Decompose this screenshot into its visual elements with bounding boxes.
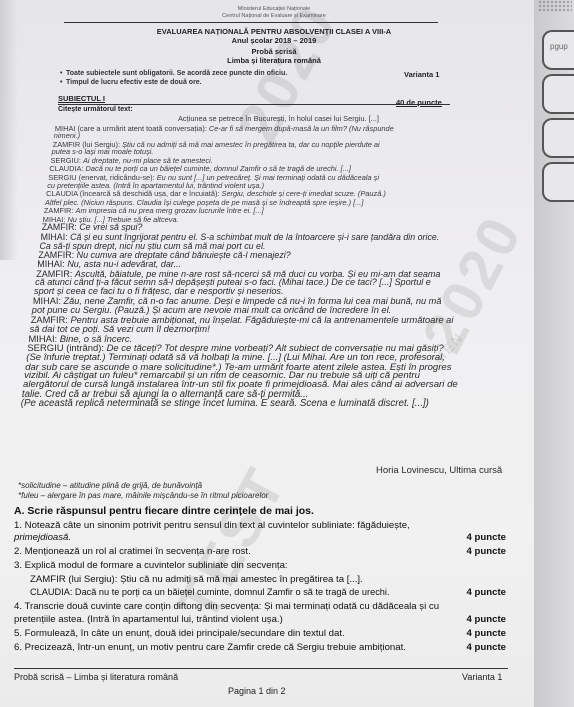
line-text: Nu, asta nu-i adevărat, dar... xyxy=(67,259,181,269)
footer-variant: Varianta 1 xyxy=(462,672,502,682)
divider xyxy=(58,104,450,105)
points: 4 puncte xyxy=(467,642,506,653)
line-text: Am impresia că nu prea merg grozav lucru… xyxy=(76,206,264,215)
section-title: SUBIECTUL I xyxy=(58,94,105,103)
footnote: *fuleu – alergare în pas mare, mâinile m… xyxy=(18,491,268,500)
speaker-name: ZAMFIR: xyxy=(42,222,80,232)
footer-subject: Probă scrisă – Limba și literatura român… xyxy=(14,672,178,682)
text-line: ZAMFIR: Ce vrei să spui? xyxy=(42,223,143,232)
line-text: putea s-o lași mai moale totuși. xyxy=(52,147,154,156)
text-line: (Se înfurie treptat.) Terminați odată să… xyxy=(26,353,445,362)
keyboard-key xyxy=(542,74,574,114)
variant-label: Varianta 1 xyxy=(404,70,439,79)
line-text: Acțiunea se petrece în București, în hol… xyxy=(178,114,379,123)
question-6: 6. Precizează, într-un enunț, un motiv p… xyxy=(14,642,406,653)
points: 4 puncte xyxy=(467,614,506,625)
speaker-grill xyxy=(538,0,572,12)
text-line: alergătorul de cursă lungă instalarea în… xyxy=(23,380,458,389)
text-line: nimeni.) xyxy=(54,131,80,140)
page-number: Pagina 1 din 2 xyxy=(228,686,286,696)
question-1: 1. Notează câte un sinonim potrivit pent… xyxy=(14,520,410,531)
footnote: *solicitudine – atitudine plină de grijă… xyxy=(18,481,202,490)
line-text: nimeni.) xyxy=(54,131,80,140)
center-name: Centrul Național de Evaluare și Examinar… xyxy=(0,13,548,19)
text-line: ZAMFIR: Am impresia că nu prea merg groz… xyxy=(44,206,264,215)
line-text: Dacă nu te porți ca un băiețel cuminte, … xyxy=(86,164,351,173)
line-text: Sergiu, deschide și cere-ți imediat scuz… xyxy=(222,189,386,198)
text-line: MIHAI: Bine, o să încerc. xyxy=(29,334,133,343)
part-a-title: A. Scrie răspunsul pentru fiecare dintre… xyxy=(14,505,314,517)
laptop-keyboard-edge: pgup xyxy=(534,0,574,707)
rule-item: Timpul de lucru efectiv este de două ore… xyxy=(66,79,202,86)
exam-type: Probă scrisă xyxy=(0,47,548,56)
line-text: (Pe această replică neterminată se sting… xyxy=(21,398,429,409)
footer-divider xyxy=(14,668,508,669)
question-5: 5. Formulează, în câte un enunț, două id… xyxy=(14,628,345,639)
line-text: Ce-ar fi să mergem după-masă la un film?… xyxy=(209,124,394,133)
subject: Limba și literatura română xyxy=(0,56,548,65)
exam-title: EVALUAREA NAȚIONALĂ PENTRU ABSOLVENȚII C… xyxy=(0,27,548,36)
text-line: putea s-o lași mai moale totuși. xyxy=(52,147,154,156)
ministry-name: Ministerul Educației Naționale xyxy=(0,6,548,12)
text-line: MIHAI: Nu, asta nu-i adevărat, dar... xyxy=(37,260,181,269)
text-line: CLAUDIA (încearcă să deschidă ușa, dar e… xyxy=(46,189,386,198)
question-3-line-b: CLAUDIA: Dacă nu te porți ca un băiețel … xyxy=(30,587,390,597)
question-3-line-a: ZAMFIR (lui Sergiu): Știu că nu admiți s… xyxy=(30,574,363,585)
question-4: 4. Transcrie două cuvinte care conțin di… xyxy=(14,601,439,612)
speaker-name: MIHAI: xyxy=(37,259,67,269)
instruction: Citește următorul text: xyxy=(58,106,133,113)
line-text: sport și ceea ce faci tu o fi frățesc, d… xyxy=(34,286,284,296)
text-line: (Pe această replică neterminată se sting… xyxy=(21,399,429,408)
keyboard-key xyxy=(542,118,574,158)
text-line: Acțiunea se petrece în București, în hol… xyxy=(178,114,379,123)
points: 4 puncte xyxy=(467,628,506,639)
line-text: Ce vrei să spui? xyxy=(79,222,142,232)
speaker-name: CLAUDIA: xyxy=(49,164,85,173)
section-points: 40 de puncte xyxy=(396,98,442,107)
rule-item: Toate subiectele sunt obligatorii. Se ac… xyxy=(66,70,287,77)
exam-page: 2020 2020 TEST MEN Ministerul Educației … xyxy=(0,0,548,707)
question-3: 3. Explică modul de formare a cuvintelor… xyxy=(14,560,288,571)
line-text: pot pune cu Sergiu. (Pauză.) Și acum are… xyxy=(32,305,391,315)
question-1-cont: primejdioasă. xyxy=(14,532,71,543)
points: 4 puncte xyxy=(467,532,506,543)
line-text: Știu că nu admiți să mă mai amestec în p… xyxy=(122,140,380,149)
points: 4 puncte xyxy=(467,546,506,557)
question-4-cont: pretențiile astea. (Intră în apartamentu… xyxy=(14,614,283,625)
text-line: CLAUDIA: Dacă nu te porți ca un băiețel … xyxy=(49,164,351,173)
question-2: 2. Menționează un rol al cratimei în sec… xyxy=(14,546,251,557)
text-line: sport și ceea ce faci tu o fi frățesc, d… xyxy=(34,287,284,296)
keyboard-key xyxy=(542,162,574,202)
text-line: pot pune cu Sergiu. (Pauză.) Și acum are… xyxy=(32,306,391,315)
divider xyxy=(64,22,438,23)
speaker-name: ZAMFIR: xyxy=(44,206,76,215)
pgup-key: pgup xyxy=(542,30,574,70)
source-citation: Horia Lovinescu, Ultima cursă xyxy=(376,466,502,475)
school-year: Anul școlar 2018 – 2019 xyxy=(0,36,548,45)
speaker-name: CLAUDIA (încearcă să deschidă ușa, dar e… xyxy=(46,189,221,198)
points: 4 puncte xyxy=(467,587,506,598)
text-line: MIHAI (care a urmărit atent toată conver… xyxy=(55,124,394,133)
